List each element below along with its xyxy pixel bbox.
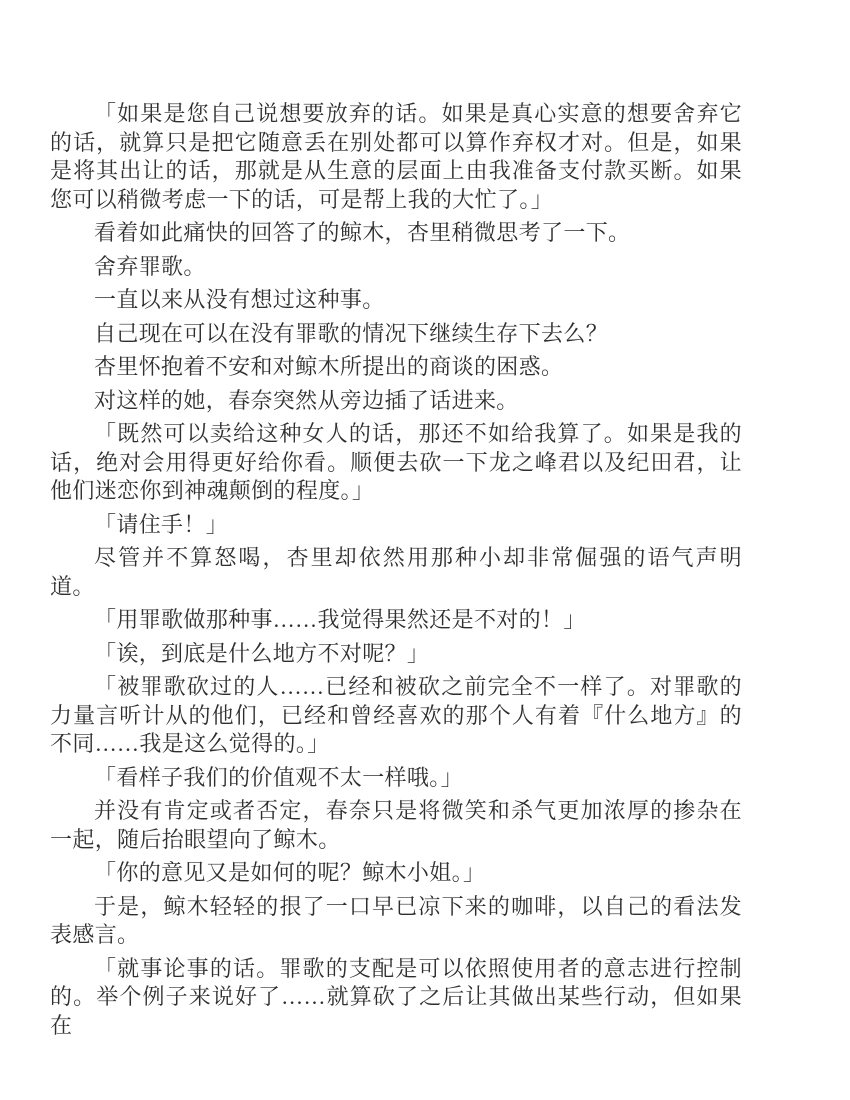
paragraph: 尽管并不算怒喝，杏里却依然用那种小却非常倔强的语气声明道。 [50, 544, 742, 601]
paragraph: 「就事论事的话。罪歌的支配是可以依照使用者的意志进行控制的。举个例子来说好了……… [50, 955, 742, 1041]
paragraph: 「如果是您自己说想要放弃的话。如果是真心实意的想要舍弃它的话，就算只是把它随意丢… [50, 100, 742, 214]
paragraph: 「请住手！」 [50, 511, 742, 540]
paragraph: 看着如此痛快的回答了的鲸木，杏里稍微思考了一下。 [50, 219, 742, 248]
paragraph: 自己现在可以在没有罪歌的情况下继续生存下去么？ [50, 320, 742, 349]
paragraph: 对这样的她，春奈突然从旁边插了话进来。 [50, 387, 742, 416]
novel-text-block: 「如果是您自己说想要放弃的话。如果是真心实意的想要舍弃它的话，就算只是把它随意丢… [50, 100, 742, 1040]
paragraph: 杏里怀抱着不安和对鲸木所提出的商谈的困惑。 [50, 353, 742, 382]
paragraph: 并没有肯定或者否定，春奈只是将微笑和杀气更加浓厚的掺杂在一起，随后抬眼望向了鲸木… [50, 797, 742, 854]
document-page: 「如果是您自己说想要放弃的话。如果是真心实意的想要舍弃它的话，就算只是把它随意丢… [0, 0, 850, 1100]
paragraph: 「你的意见又是如何的呢？鲸木小姐。」 [50, 859, 742, 888]
paragraph: 「看样子我们的价值观不太一样哦。」 [50, 764, 742, 793]
paragraph: 「用罪歌做那种事……我觉得果然还是不对的！」 [50, 606, 742, 635]
paragraph: 「被罪歌砍过的人……已经和被砍之前完全不一样了。对罪歌的力量言听计从的他们，已经… [50, 673, 742, 759]
paragraph: 「既然可以卖给这种女人的话，那还不如给我算了。如果是我的话，绝对会用得更好给你看… [50, 420, 742, 506]
paragraph: 于是，鲸木轻轻的拫了一口早已凉下来的咖啡，以自己的看法发表感言。 [50, 893, 742, 950]
paragraph: 「诶，到底是什么地方不对呢？」 [50, 640, 742, 669]
paragraph: 一直以来从没有想过这种事。 [50, 286, 742, 315]
paragraph: 舍弃罪歌。 [50, 253, 742, 282]
